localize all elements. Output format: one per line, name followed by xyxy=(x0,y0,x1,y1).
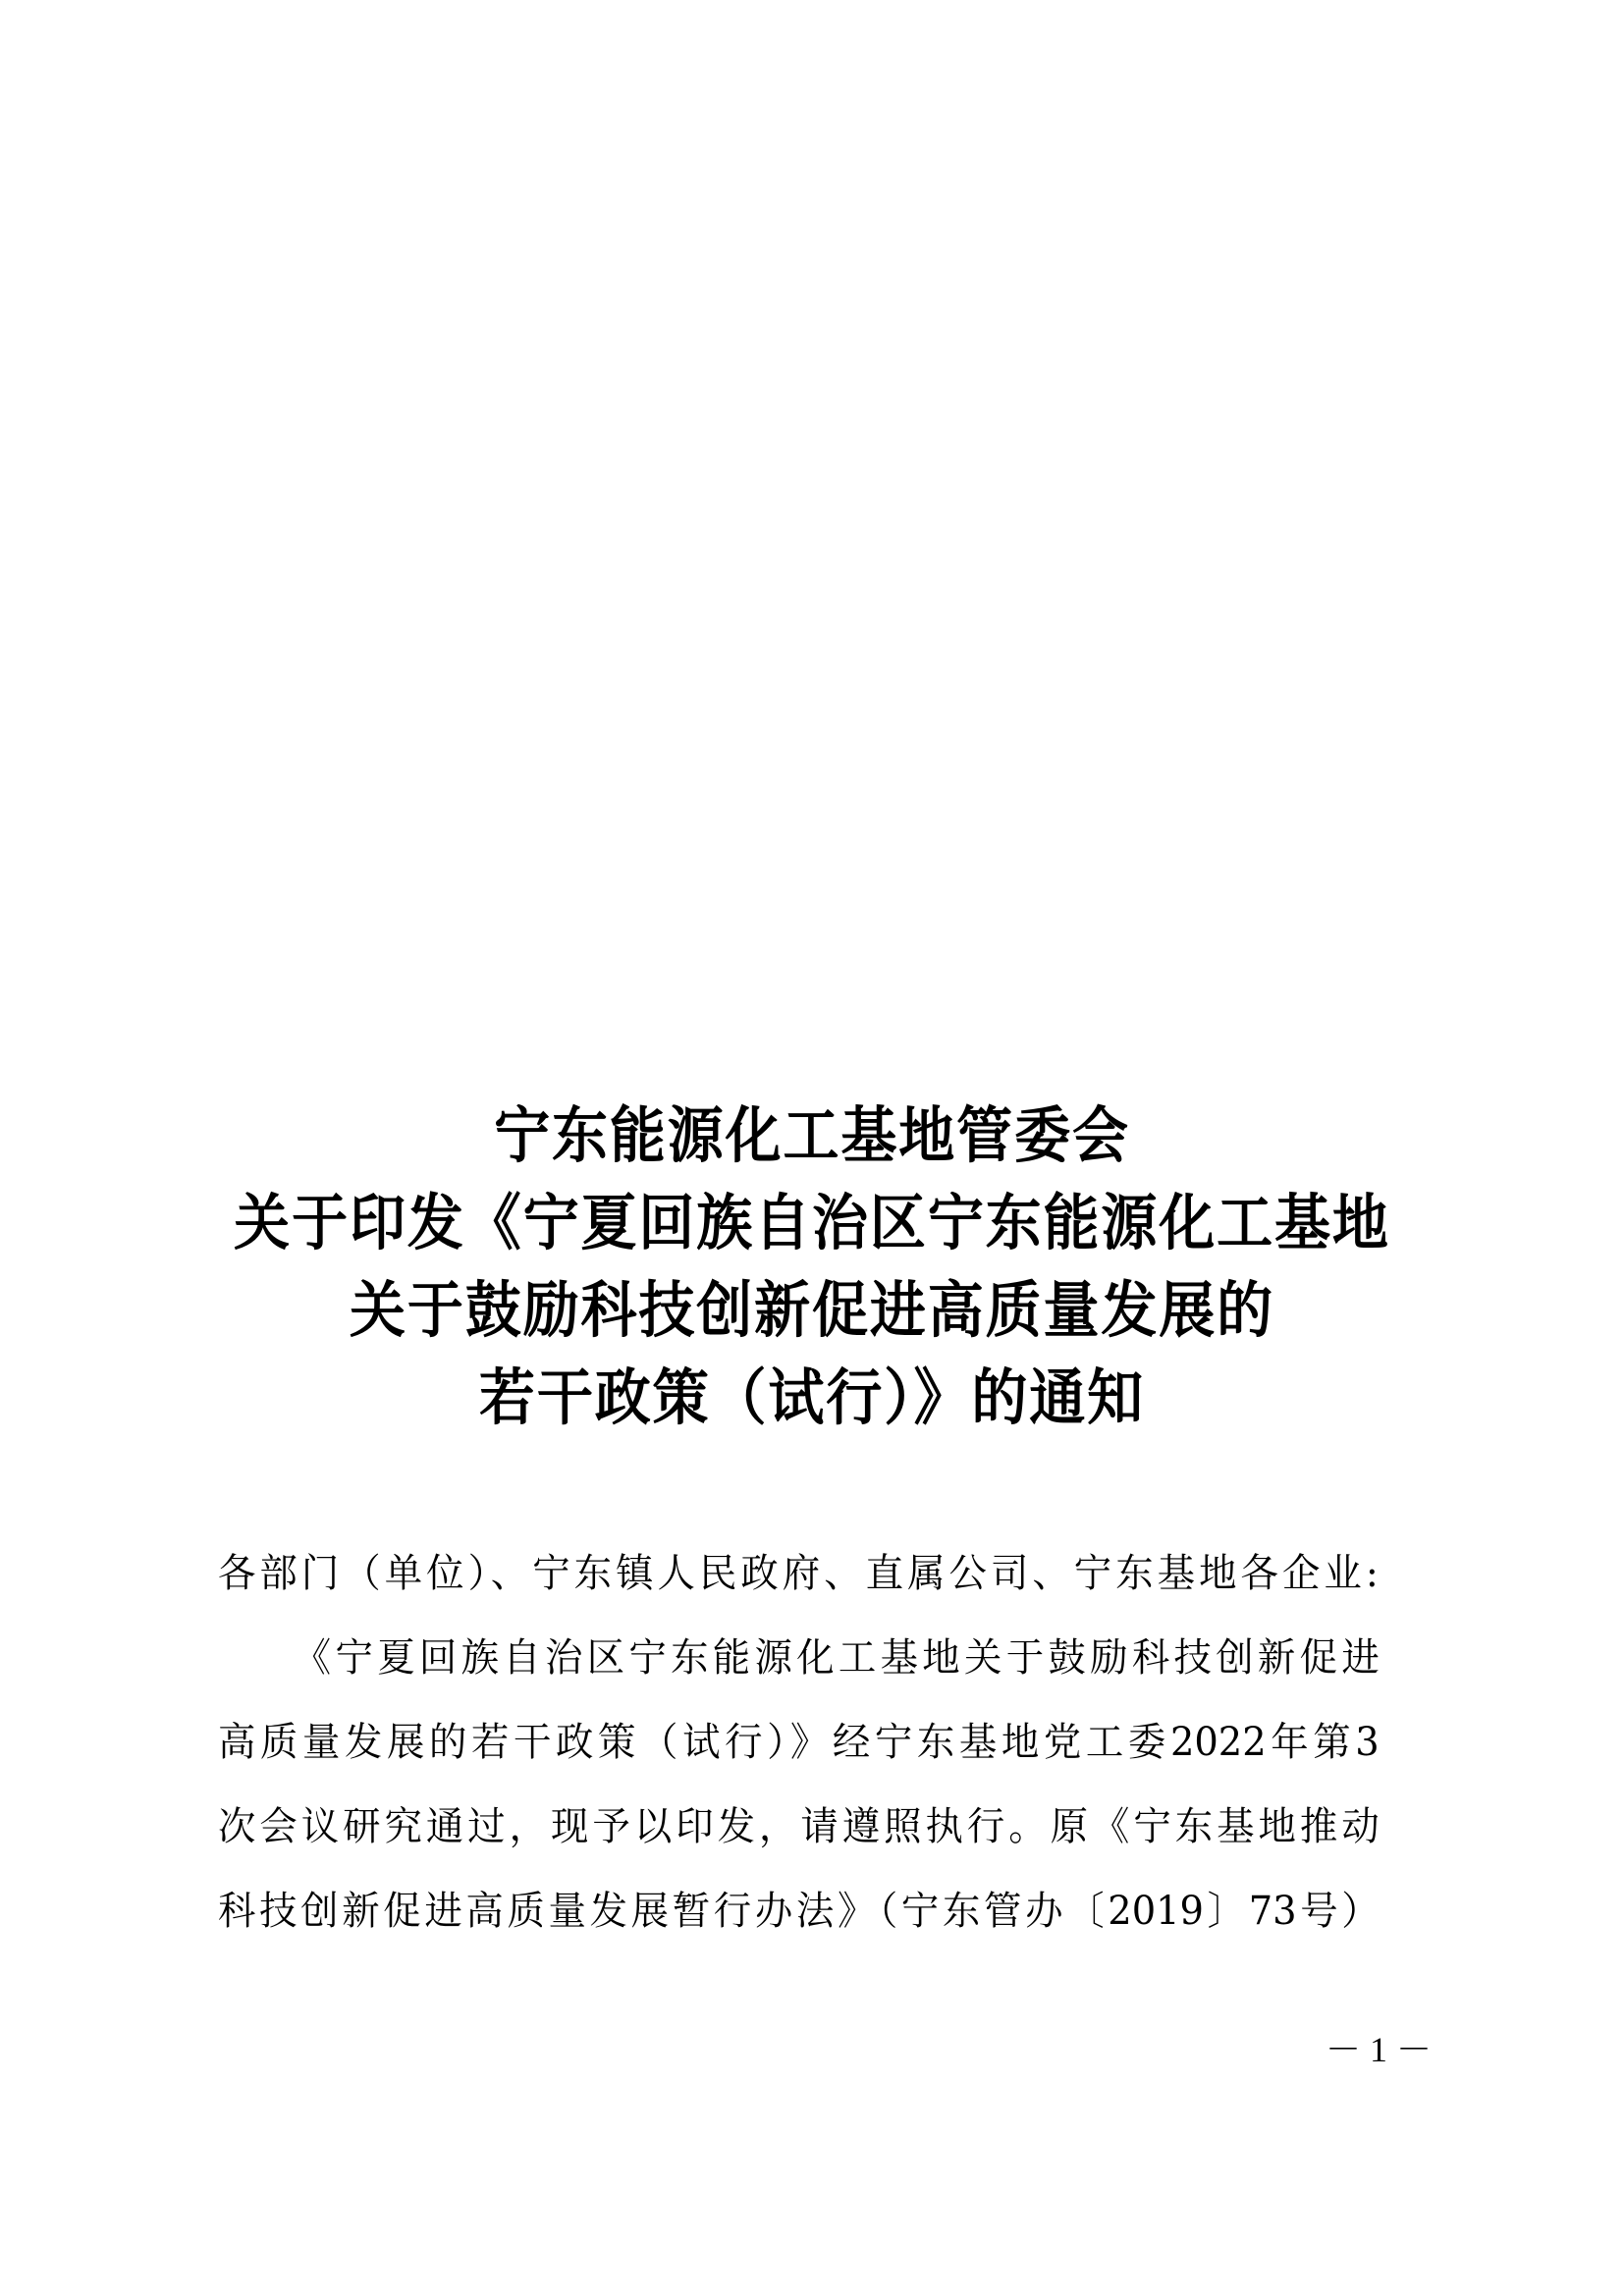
title-line-issuer: 宁东能源化工基地管委会 xyxy=(65,1092,1559,1179)
title-line-2: 关于印发《宁夏回族自治区宁东能源化工基地 xyxy=(65,1179,1559,1266)
page-number: － 1 － xyxy=(1326,2028,1424,2071)
title-line-4: 若干政策（试行）》的通知 xyxy=(65,1354,1559,1441)
title-line-3: 关于鼓励科技创新促进高质量发展的 xyxy=(65,1266,1559,1354)
body-paragraph-line-1: 《宁夏回族自治区宁东能源化工基地关于鼓励科技创新促进 xyxy=(218,1616,1380,1700)
document-title: 宁东能源化工基地管委会 关于印发《宁夏回族自治区宁东能源化工基地 关于鼓励科技创… xyxy=(0,1092,1624,1441)
body-paragraph-line-2: 高质量发展的若干政策（试行）》经宁东基地党工委2022年第3 xyxy=(218,1700,1380,1785)
salutation: 各部门（单位）、宁东镇人民政府、直属公司、宁东基地各企业: xyxy=(218,1531,1380,1616)
body-paragraph-line-3: 次会议研究通过，现予以印发，请遵照执行。原《宁东基地推动 xyxy=(218,1785,1380,1869)
document-page: 宁东能源化工基地管委会 关于印发《宁夏回族自治区宁东能源化工基地 关于鼓励科技创… xyxy=(0,0,1624,2296)
document-body: 各部门（单位）、宁东镇人民政府、直属公司、宁东基地各企业: 《宁夏回族自治区宁东… xyxy=(218,1531,1428,1953)
body-paragraph-line-4: 科技创新促进高质量发展暂行办法》（宁东管办〔2019〕73号） xyxy=(218,1869,1380,1953)
